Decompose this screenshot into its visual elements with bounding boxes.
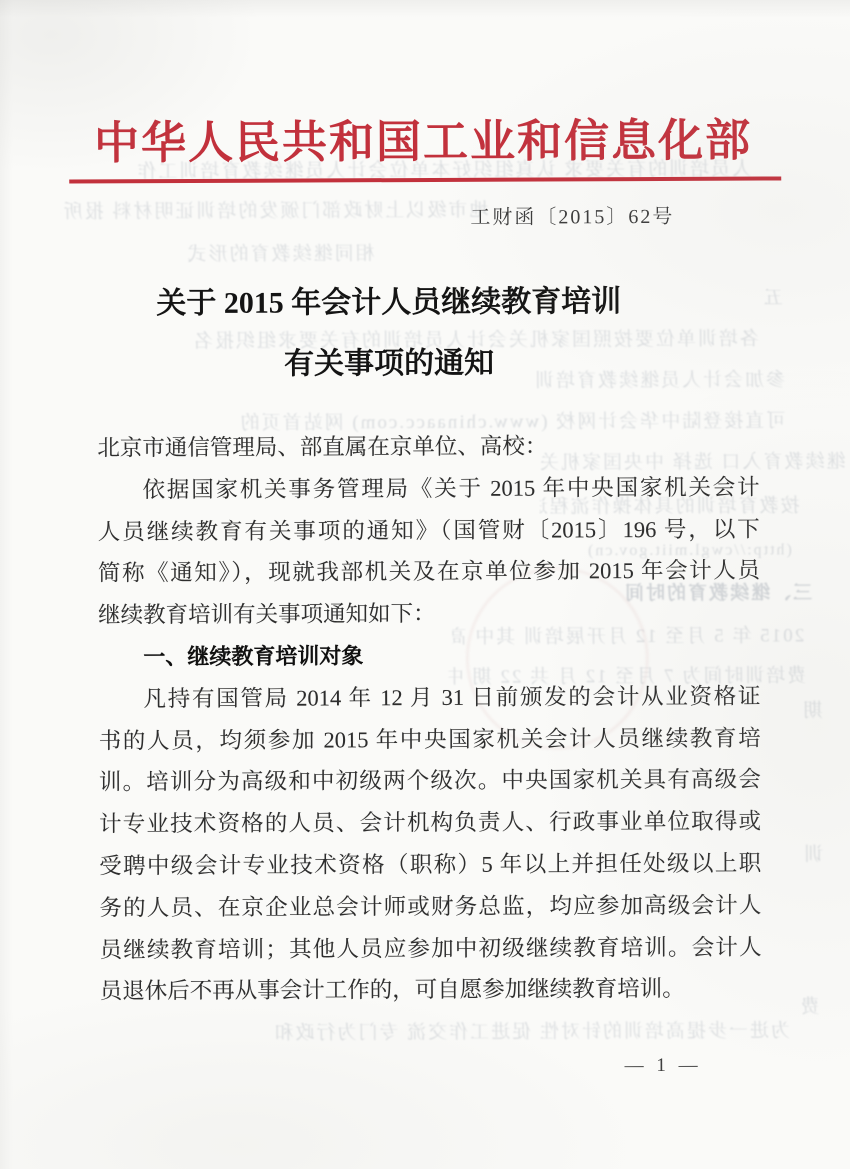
document-number: 工财函〔2015〕62号 bbox=[0, 200, 674, 232]
body-line: 书的人员，均须参加 2015 年中央国家机关会计人员继续教育培 bbox=[99, 717, 761, 762]
page-number: — 1 — bbox=[600, 1055, 726, 1078]
scanned-page: 人员培训的有关要求 认真组织好本单位会计人员继续教育培训工作 地市级以上财政部门… bbox=[0, 0, 850, 1169]
body-line: 训。培训分为高级和中初级两个级次。中央国家机关具有高级会 bbox=[99, 759, 761, 804]
body-line: 员继续教育培训；其他人员应参加中初级继续教育培训。会计人 bbox=[100, 926, 762, 971]
section-heading: 一、继续教育培训对象 bbox=[98, 634, 760, 679]
agency-name: 中华人民共和国工业和信息化部 bbox=[0, 116, 848, 169]
document-title-line1: 关于 2015 年会计人员继续教育培训 bbox=[0, 284, 779, 320]
body-line: 员退休后不再从事会计工作的，可自愿参加继续教育培训。 bbox=[100, 968, 762, 1013]
body-line: 务的人员、在京企业总会计师或财务总监，均应参加高级会计人 bbox=[99, 884, 761, 929]
body-line: 人员继续教育有关事项的通知》（国管财〔2015〕196 号，以下 bbox=[98, 508, 760, 553]
body-line: 简称《通知》），现就我部机关及在京单位参加 2015 年会计人员 bbox=[98, 550, 760, 595]
document-title: 关于 2015 年会计人员继续教育培训 有关事项的通知 bbox=[0, 284, 779, 381]
body-line: 计专业技术资格的人员、会计机构负责人、行政事业单位取得或 bbox=[99, 801, 761, 846]
body-line: 凡持有国管局 2014 年 12 月 31 日前颁发的会计从业资格证 bbox=[98, 675, 760, 720]
salutation-line: 北京市通信管理局、部直属在京单位、高校： bbox=[97, 425, 759, 470]
body-line: 依据国家机关事务管理局《关于 2015 年中央国家机关会计 bbox=[97, 466, 759, 511]
header-rule bbox=[69, 176, 781, 183]
body-line: 受聘中级会计专业技术资格（职称）5 年以上并担任处级以上职 bbox=[99, 843, 761, 888]
body-line: 继续教育培训有关事项通知如下： bbox=[98, 592, 760, 637]
document-body: 北京市通信管理局、部直属在京单位、高校： 依据国家机关事务管理局《关于 2015… bbox=[97, 425, 762, 1013]
document-title-line2: 有关事项的通知 bbox=[0, 345, 779, 381]
